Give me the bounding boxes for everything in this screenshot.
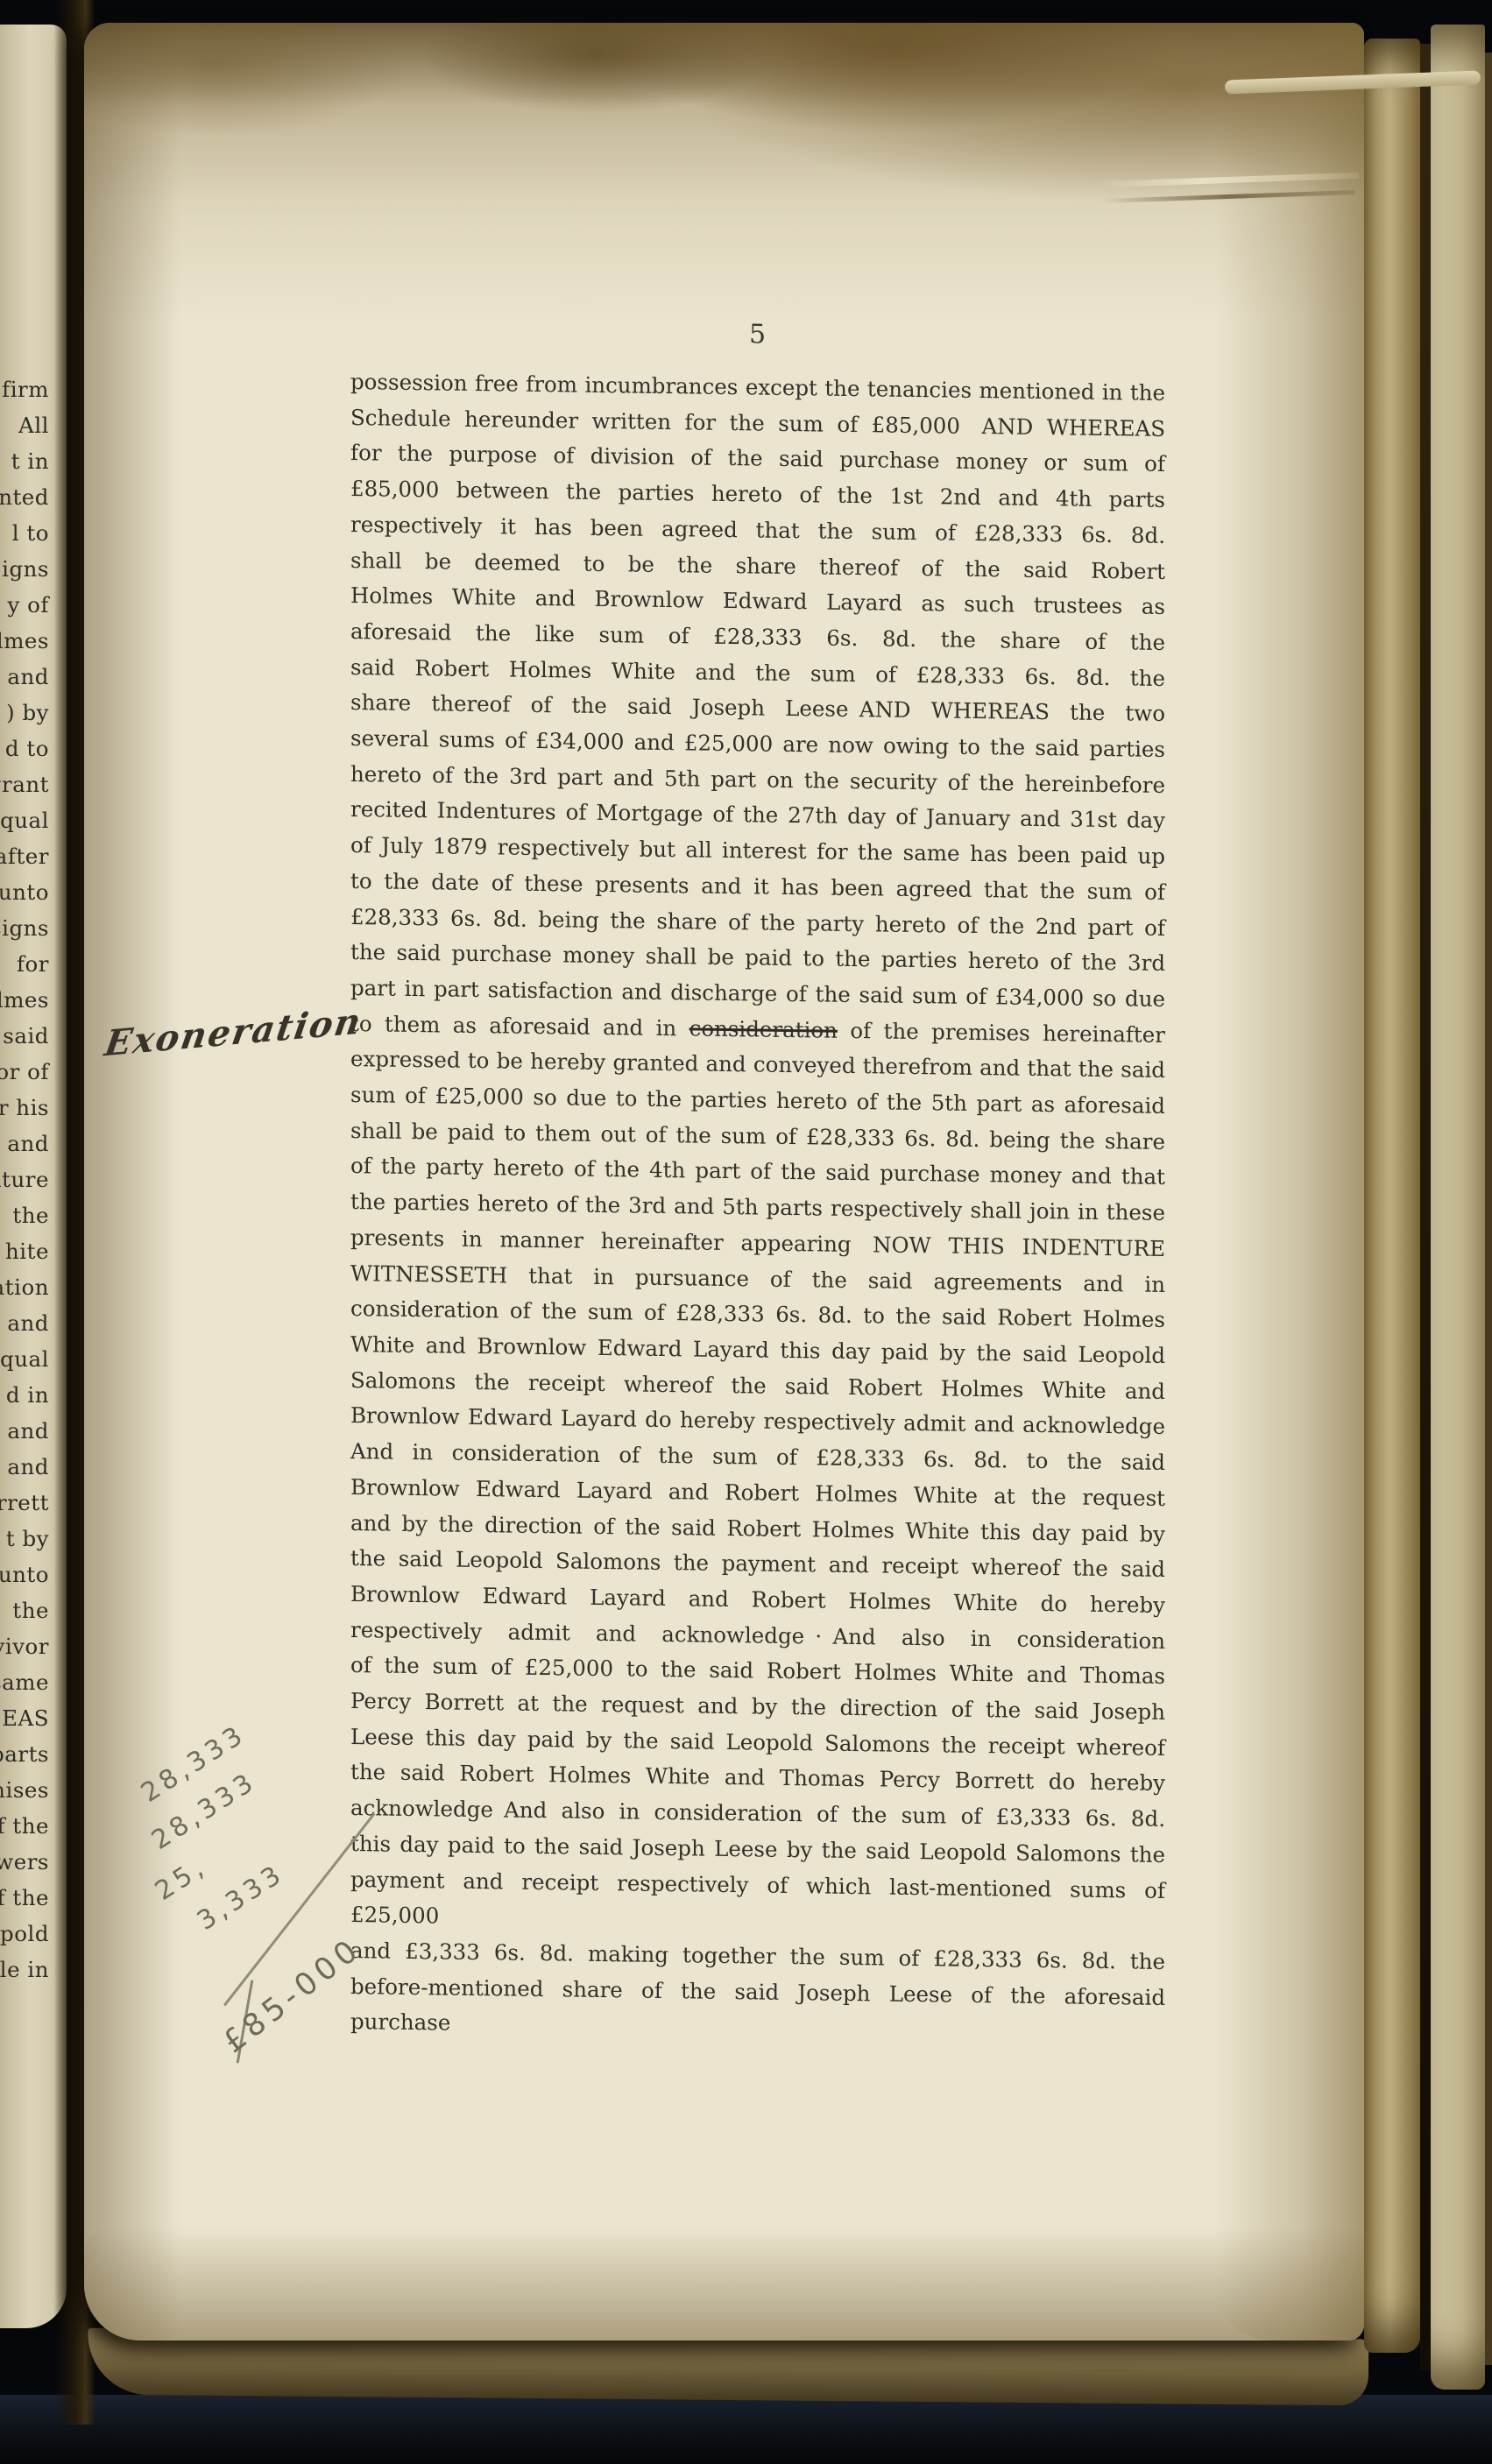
facing-page-fragment: owers <box>0 1849 49 1874</box>
facing-page-fragment: parts <box>0 1741 49 1767</box>
text-segment: of the premises hereinafter <box>838 1017 1165 1047</box>
facing-page-fragment: and <box>7 1310 49 1336</box>
facing-page-fragment: le in <box>0 1957 49 1982</box>
facing-page-fragment: firm <box>2 377 49 402</box>
facing-page-fragment: grant <box>0 772 49 797</box>
facing-page-fragment: f the <box>0 1813 49 1839</box>
facing-page-fragment: l to <box>12 520 49 546</box>
facing-page-fragment: unto <box>0 879 49 905</box>
facing-page-fragment: nted <box>0 484 49 510</box>
facing-page-fragment: lmes <box>0 987 49 1013</box>
table-shadow <box>0 2395 1492 2464</box>
facing-page-fragment: unto <box>0 1562 49 1587</box>
facing-page-fragment: said <box>3 1023 49 1048</box>
page-bottom-shading <box>84 2227 1364 2340</box>
fore-edge-outer <box>1485 53 1492 2365</box>
facing-page-fragment: signs <box>0 915 49 941</box>
facing-page-fragment: for <box>17 951 49 977</box>
facing-page-fragment: igns <box>2 556 49 582</box>
facing-page-fragment: or of <box>0 1059 49 1084</box>
pencil-total: £85-000 <box>216 1931 368 2060</box>
facing-page-fragment: lmes <box>0 628 49 653</box>
facing-page-fragment: after <box>0 844 49 869</box>
facing-page-fragment: and <box>7 1454 49 1479</box>
facing-page-text-fragments: firmAllt inntedl toignsy oflmesand) byd … <box>0 0 60 2464</box>
book-photo: { "page": { "number": "5", "text_lines":… <box>0 0 1492 2464</box>
facing-page-fragment: hite <box>5 1239 49 1264</box>
facing-page-fragment: vivor <box>0 1634 49 1659</box>
facing-page-fragment: y of <box>8 592 49 618</box>
facing-page-fragment: and <box>7 664 49 689</box>
facing-page-fragment: equal <box>0 808 49 833</box>
struck-word: consideration <box>689 1015 838 1042</box>
facing-page-fragment: ) by <box>6 700 49 725</box>
facing-page-fragment: r his <box>0 1095 49 1120</box>
facing-page-fragment: same <box>0 1670 49 1695</box>
page-right-fold-shading <box>1215 23 1364 2340</box>
facing-page-fragment: the <box>12 1598 49 1623</box>
text-segment: to them as aforesaid and in <box>350 1011 689 1041</box>
facing-page-fragment: and <box>7 1418 49 1444</box>
pencil-calculation: £85-000 28,33328,33325,3,333 <box>123 1691 508 2076</box>
facing-page-fragment: and <box>7 1131 49 1156</box>
facing-page-fragment: t by <box>6 1526 49 1551</box>
facing-page-fragment: nture <box>0 1167 49 1192</box>
facing-page-fragment: equal <box>0 1346 49 1372</box>
facing-page-fragment: mises <box>0 1777 49 1803</box>
pencil-figure: 25, <box>150 1851 213 1907</box>
facing-page-fragment: All <box>18 413 49 438</box>
fore-edge-page-stack <box>1431 25 1485 2390</box>
facing-page-fragment: pold <box>0 1921 49 1946</box>
facing-page-fragment: ation <box>0 1274 49 1300</box>
facing-page-fragment: orrett <box>0 1490 49 1515</box>
facing-page-fragment: the <box>12 1203 49 1228</box>
facing-page-fragment: EAS <box>2 1705 49 1731</box>
facing-page-fragment: t in <box>11 448 49 474</box>
facing-page-fragment: f the <box>0 1885 49 1910</box>
fore-edge-crevice <box>1420 44 1431 2370</box>
facing-page-fragment: d to <box>5 736 49 761</box>
fore-edge-page-fold <box>1364 39 1420 2353</box>
facing-page-fragment: d in <box>6 1382 49 1408</box>
